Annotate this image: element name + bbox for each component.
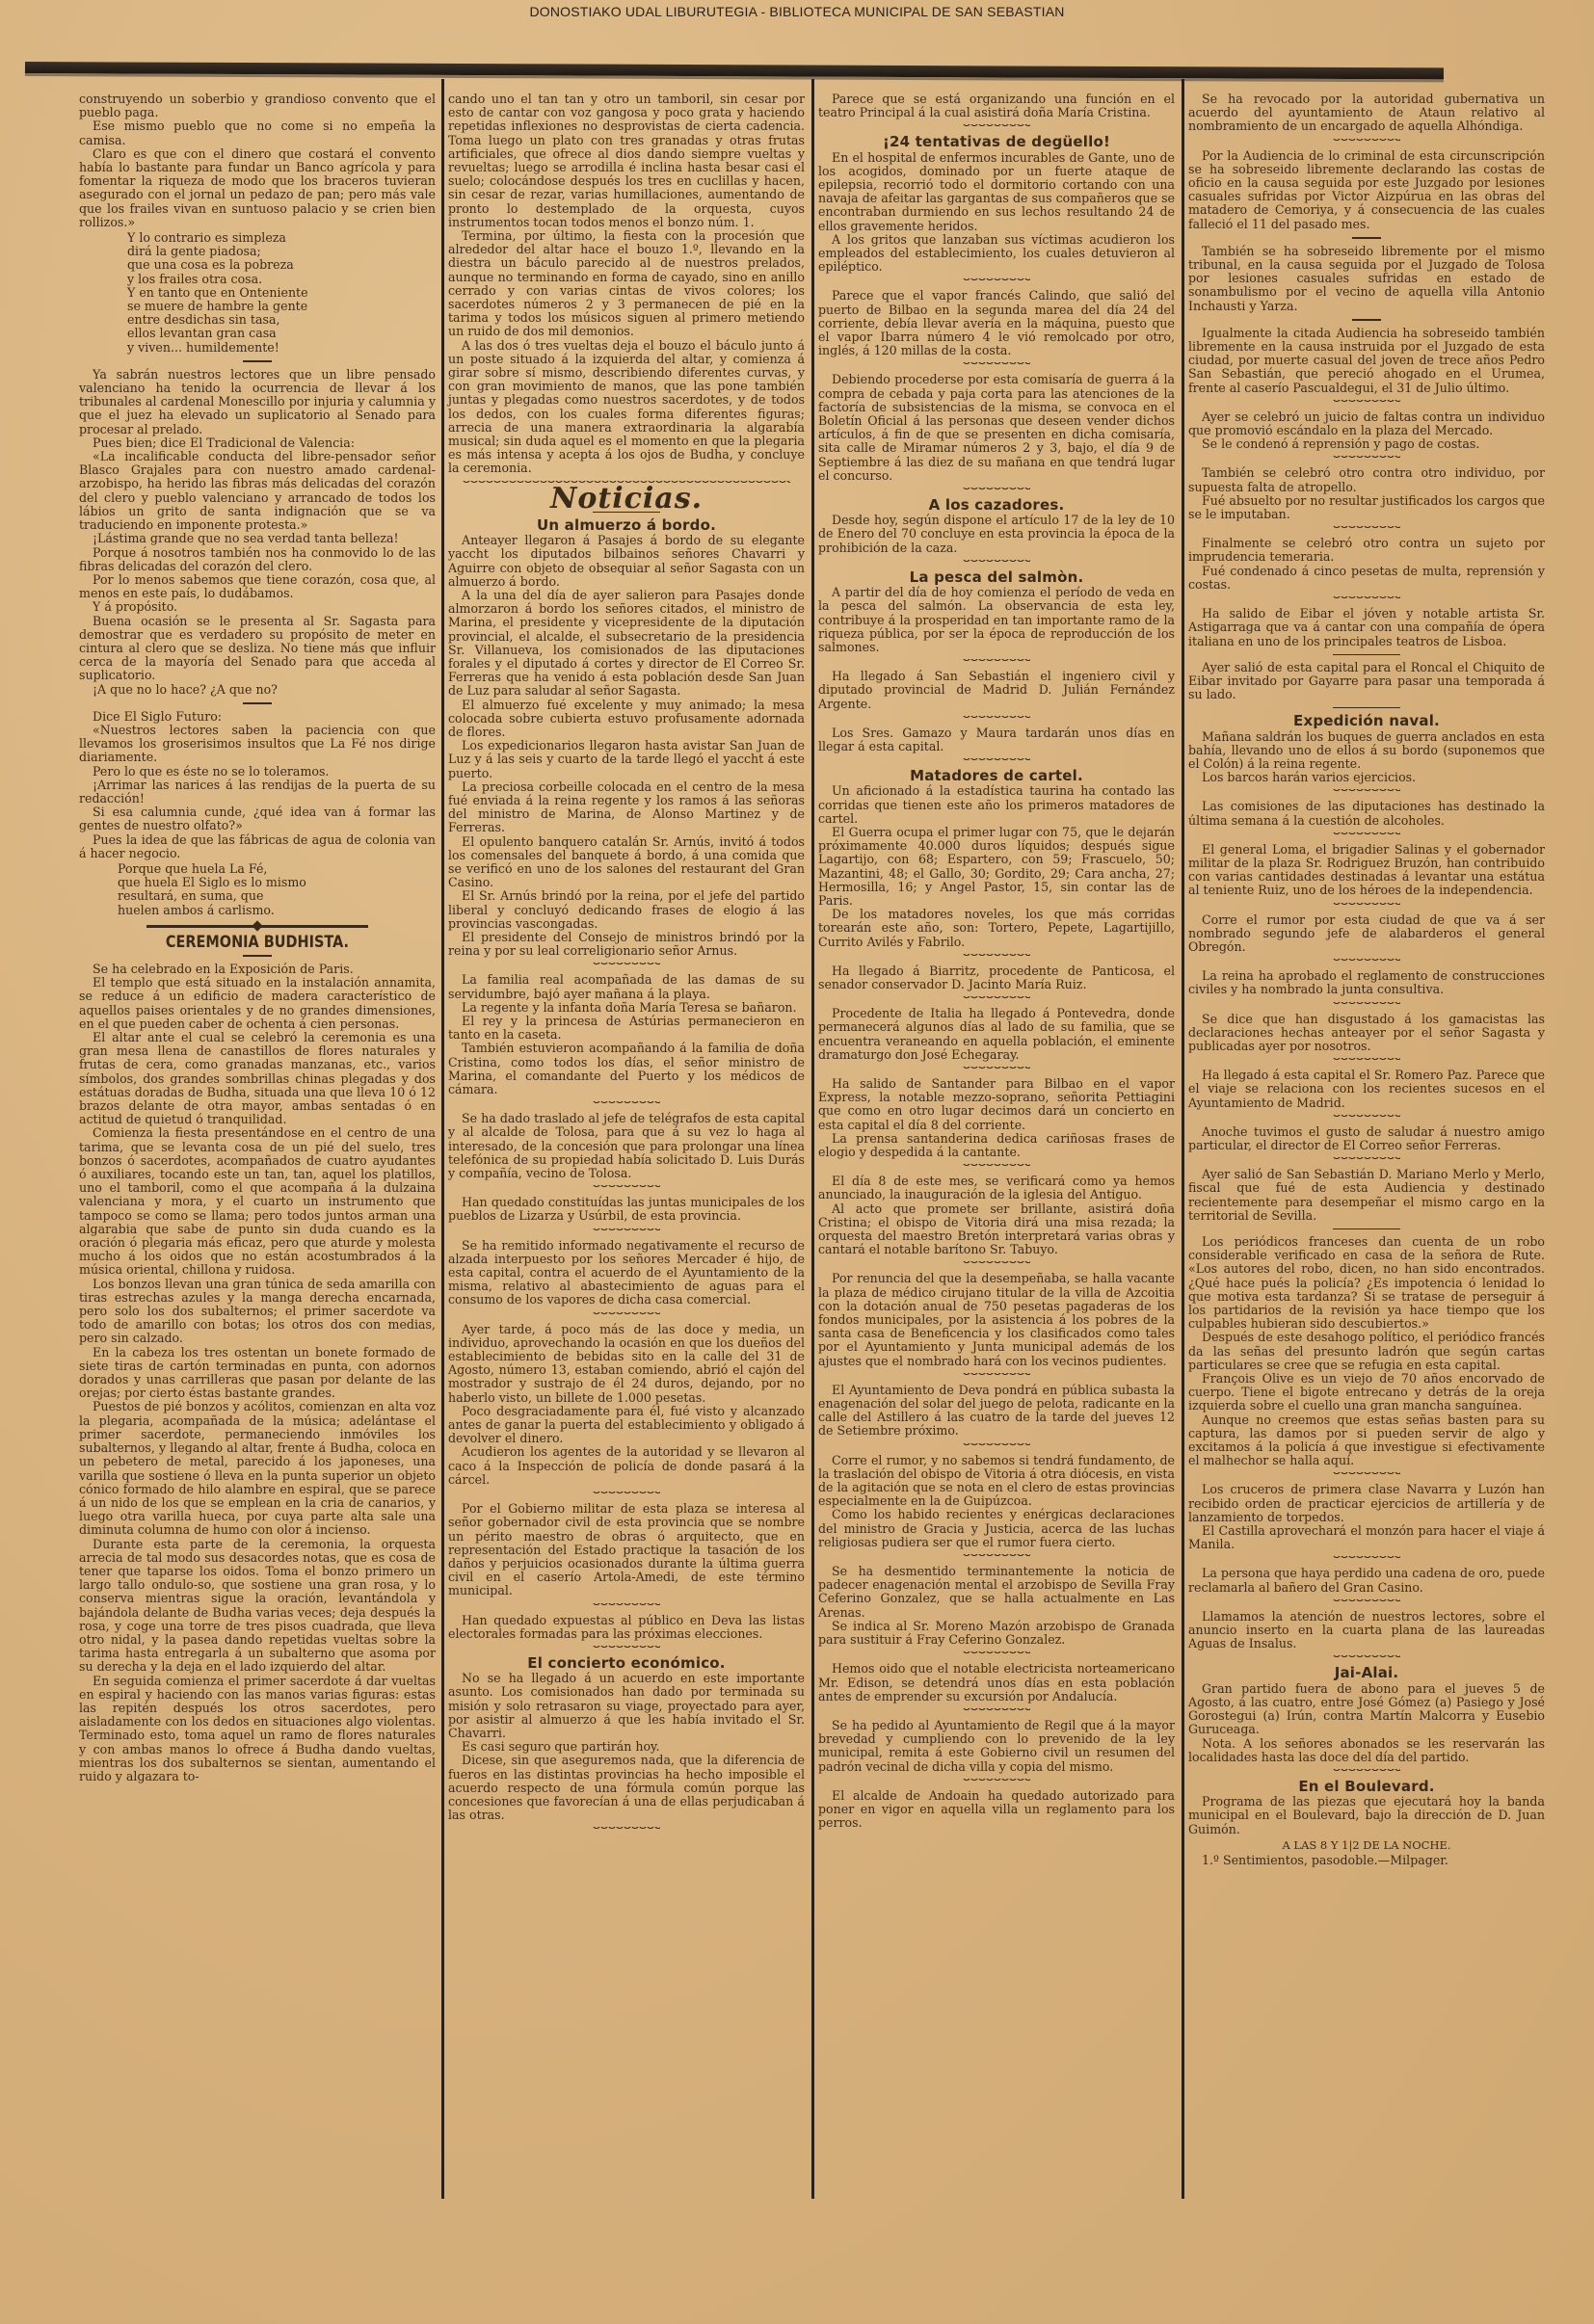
paragraph: Llamamos la atención de nuestros lectore… [1188, 1610, 1545, 1651]
paragraph: El día 8 de este mes, se verificará como… [818, 1175, 1175, 1202]
paragraph: La preciosa corbeille colocada en el cen… [448, 780, 805, 835]
verse-line: Y lo contrario es simpleza [127, 231, 436, 245]
paragraph: Ayer salió de San Sebastián D. Mariano M… [1188, 1168, 1545, 1223]
program-time: A LAS 8 Y 1|2 DE LA NOCHE. [1188, 1838, 1545, 1852]
paragraph: El general Loma, el brigadier Salinas y … [1188, 843, 1545, 898]
paragraph: También se ha sobreseido libremente por … [1188, 245, 1545, 313]
paragraph: El altar ante el cual se celebró la cere… [79, 1031, 436, 1126]
paragraph: Aunque no creemos que estas señas basten… [1188, 1413, 1545, 1468]
paragraph: ¡Lástima grande que no sea verdad tanta … [79, 532, 436, 545]
paragraph: Termina, por último, la fiesta con la pr… [448, 229, 805, 339]
article-heading: Jai-Alai. [1188, 1666, 1545, 1679]
wavy-rule [1333, 1002, 1400, 1008]
paragraph: El Guerra ocupa el primer lugar con 75, … [818, 826, 1175, 908]
wavy-rule [1333, 526, 1400, 532]
column-rule [441, 79, 444, 2199]
paragraph: Ayer salió de esta capital para el Ronca… [1188, 661, 1545, 702]
paragraph: Después de este desahogo político, el pe… [1188, 1331, 1545, 1372]
paragraph: Corre el rumor, y no sabemos si tendrá f… [818, 1454, 1175, 1509]
wavy-rule [963, 1067, 1030, 1072]
paragraph: A la una del día de ayer salieron para P… [448, 589, 805, 699]
paragraph: Pero lo que es éste no se lo toleramos. [79, 765, 436, 779]
paragraph: Se ha celebrado en la Exposición de Pari… [79, 963, 436, 976]
paragraph: En el hospital de enfermos incurables de… [818, 151, 1175, 233]
paragraph: Los periódicos franceses dan cuenta de u… [1188, 1235, 1545, 1331]
column-1: construyendo un soberbio y grandioso con… [79, 92, 436, 2270]
paragraph: Por renuncia del que la desempeñaba, se … [818, 1272, 1175, 1367]
paragraph: Ese mismo pueblo que no come si no empeñ… [79, 119, 436, 146]
paragraph: Comienza la fiesta presentándose en el c… [79, 1126, 436, 1277]
paragraph: El Sr. Arnús brindó por la reina, por el… [448, 889, 805, 931]
paragraph: Se ha remitido informado negativamente e… [448, 1239, 805, 1307]
paragraph: Se ha dado traslado al jefe de telégrafo… [448, 1112, 805, 1180]
separator [243, 702, 272, 704]
paragraph: En la cabeza los tres ostentan un bonete… [79, 1346, 436, 1401]
paragraph: «La incalificable conducta del libre-pen… [79, 450, 436, 532]
paragraph: Pues la idea de que las fábricas de agua… [79, 833, 436, 860]
wavy-rule [1333, 959, 1400, 964]
article-heading: Matadores de cartel. [818, 769, 1175, 782]
article-heading: En el Boulevard. [1188, 1780, 1545, 1793]
paragraph: Parece que el vapor francés Calindo, que… [818, 289, 1175, 357]
column-rule [811, 79, 814, 2199]
paragraph: Si esa calumnia cunde, ¿qué idea van á f… [79, 805, 436, 832]
verse: Porque que huela La Fé, que huela El Sig… [118, 862, 436, 917]
paragraph: Anoche tuvimos el gusto de saludar á nue… [1188, 1125, 1545, 1152]
paragraph: Las comisiones de las diputaciones has d… [1188, 800, 1545, 827]
verse-line: ellos levantan gran casa [127, 327, 436, 340]
paragraph: La persona que haya perdido una cadena d… [1188, 1567, 1545, 1594]
article-heading: Expedición naval. [1188, 714, 1545, 727]
wavy-rule [1333, 1157, 1400, 1163]
verse-line: Y en tanto que en Onteniente [127, 286, 436, 300]
verse: Y lo contrario es simpleza dirá la gente… [127, 231, 436, 355]
paragraph: Ha salido de Santander para Bilbao en el… [818, 1077, 1175, 1132]
article-heading: El concierto económico. [448, 1656, 805, 1670]
article-heading: La pesca del salmòn. [818, 570, 1175, 584]
wavy-rule [593, 1185, 660, 1191]
paragraph: Y á propósito. [79, 600, 436, 614]
paragraph: De los matadores noveles, los que más co… [818, 908, 1175, 949]
article-heading: A los cazadores. [818, 498, 1175, 512]
wavy-rule [1333, 400, 1400, 406]
paragraph: Dice El Siglo Futuro: [79, 710, 436, 724]
paragraph: Por el Gobierno militar de esta plaza se… [448, 1502, 805, 1598]
paragraph: La familia real acompañada de las damas … [448, 973, 805, 1000]
paragraph: Claro es que con el dinero que costará e… [79, 147, 436, 229]
paragraph: El alcalde de Andoain ha quedado autoriz… [818, 1789, 1175, 1831]
paragraph: Finalmente se celebró otro contra un suj… [1188, 537, 1545, 564]
wavy-rule [963, 716, 1030, 722]
wavy-rule [963, 1651, 1030, 1657]
paragraph: Se ha revocado por la autoridad gubernat… [1188, 92, 1545, 134]
wavy-rule [963, 659, 1030, 665]
wavy-rule [963, 1261, 1030, 1267]
separator [1352, 319, 1381, 321]
paragraph: No se ha llegado á un acuerdo en este im… [448, 1672, 805, 1740]
paragraph: También se celebró otro contra otro indi… [1188, 466, 1545, 493]
paragraph: Dicese, sin que aseguremos nada, que la … [448, 1754, 805, 1822]
paragraph: cando uno el tan tan y otro un tamboril,… [448, 92, 805, 229]
paragraph: Los bonzos llevan una gran túnica de sed… [79, 1278, 436, 1346]
paragraph: Fué condenado á cinco pesetas de multa, … [1188, 565, 1545, 592]
wavy-rule [1333, 596, 1400, 602]
wavy-rule [963, 362, 1030, 368]
wavy-rule [963, 278, 1030, 284]
separator [1352, 237, 1381, 239]
paragraph: Han quedado expuestas al público en Deva… [448, 1614, 805, 1641]
paragraph: Los Sres. Gamazo y Maura tardarán unos d… [818, 726, 1175, 753]
newspaper-columns: construyendo un soberbio y grandioso con… [79, 92, 1546, 2270]
paragraph: Programa de las piezas que ejecutará hoy… [1188, 1795, 1545, 1836]
paragraph: Debiendo procederse por esta comisaría d… [818, 373, 1175, 483]
verse-line: se muere de hambre la gente [127, 300, 436, 313]
paragraph: El presidente del Consejo de ministros b… [448, 931, 805, 958]
paragraph: En seguida comienza el primer sacerdote … [79, 1675, 436, 1784]
paragraph: Acudieron los agentes de la autoridad y … [448, 1445, 805, 1487]
paragraph: Como los habido recientes y enérgicas de… [818, 1508, 1175, 1549]
wavy-rule [1333, 1115, 1400, 1121]
wavy-rule [963, 954, 1030, 960]
paragraph: Se indica al Sr. Moreno Mazón arzobispo … [818, 1620, 1175, 1647]
paragraph: Ha llegado á San Sebastián el ingeniero … [818, 670, 1175, 711]
wavy-rule [963, 1779, 1030, 1784]
paragraph: Por lo menos sabemos que tiene corazón, … [79, 573, 436, 600]
verse-line: Porque que huela La Fé, [118, 862, 436, 876]
verse-line: que huela El Siglo es lo mismo [118, 876, 436, 889]
wavy-rule [963, 124, 1030, 130]
wavy-rule [1333, 832, 1400, 838]
wavy-rule [963, 488, 1030, 493]
paragraph: Ha llegado á esta capital el Sr. Romero … [1188, 1069, 1545, 1110]
wavy-rule [1333, 139, 1400, 145]
wavy-rule [593, 1312, 660, 1318]
paragraph: «Nuestros lectores saben la paciencia co… [79, 724, 436, 765]
paragraph: La regente y la infanta doña María Teres… [448, 1001, 805, 1015]
section-title: Noticias. [448, 492, 805, 506]
paragraph: El Ayuntamiento de Deva pondrá en públic… [818, 1384, 1175, 1439]
paragraph: Parece que se está organizando una funci… [818, 92, 1175, 119]
paragraph: Ayer se celebró un juicio de faltas cont… [1188, 410, 1545, 437]
paragraph: El almuerzo fué excelente y muy animado;… [448, 699, 805, 740]
paragraph: A las dos ó tres vueltas deja el bouzo e… [448, 339, 805, 476]
column-rule [1182, 79, 1184, 2199]
wavy-rule [963, 1373, 1030, 1379]
paragraph: Los cruceros de primera clase Navarra y … [1188, 1483, 1545, 1524]
paragraph: Un aficionado á la estadística taurina h… [818, 784, 1175, 826]
paragraph: Igualmente la citada Audiencia ha sobres… [1188, 327, 1545, 395]
paragraph: A partir del día de hoy comienza el perí… [818, 586, 1175, 654]
paragraph: Se ha pedido al Ayuntamiento de Regil qu… [818, 1719, 1175, 1774]
separator [1333, 1228, 1400, 1229]
verse-line: que una cosa es la pobreza [127, 258, 436, 272]
paragraph: Se dice que han disgustado á los gamacis… [1188, 1013, 1545, 1054]
paragraph: Fué absuelto por no resultar justificado… [1188, 494, 1545, 521]
wavy-rule [1333, 1655, 1400, 1661]
wavy-rule [1333, 1599, 1400, 1605]
wavy-rule [593, 1827, 660, 1833]
paragraph: ¡A que no lo hace? ¿A que no? [79, 683, 436, 697]
paragraph: El Castilla aprovechará el monzón para h… [1188, 1524, 1545, 1551]
paragraph: Gran partido fuera de abono para el juev… [1188, 1682, 1545, 1737]
separator [243, 955, 272, 957]
paragraph: El templo que está situado en la instala… [79, 976, 436, 1031]
paragraph: Al acto que promete ser brillante, asist… [818, 1202, 1175, 1257]
wavy-rule [963, 996, 1030, 1002]
paragraph: Puestos de pié bonzos y acólitos, comien… [79, 1400, 436, 1537]
verse-line: y los frailes otra cosa. [127, 273, 436, 286]
wavy-rule [963, 1708, 1030, 1714]
paragraph: Ya sabrán nuestros lectores que un libre… [79, 368, 436, 436]
wavy-rule [1333, 1769, 1400, 1775]
wavy-rule [963, 1443, 1030, 1449]
wavy-rule [1333, 903, 1400, 909]
paragraph: Por la Audiencia de lo criminal de esta … [1188, 149, 1545, 231]
paragraph: Ha salido de Eibar el jóven y notable ar… [1188, 607, 1545, 648]
paragraph: Durante esta parte de la ceremonia, la o… [79, 1538, 436, 1675]
wavy-rule [1333, 1472, 1400, 1478]
paragraph: La prensa santanderina dedica cariñosas … [818, 1132, 1175, 1159]
column-4: Se ha revocado por la autoridad gubernat… [1188, 92, 1545, 2270]
program-item: 1.º Sentimientos, pasodoble.—Milpager. [1188, 1854, 1545, 1867]
column-3: Parece que se está organizando una funci… [818, 92, 1175, 2270]
paragraph: Hemos oido que el notable electricista n… [818, 1662, 1175, 1703]
paragraph: También estuvieron acompañando á la fami… [448, 1042, 805, 1096]
wavy-rule [963, 1164, 1030, 1170]
paragraph: construyendo un soberbio y grandioso con… [79, 92, 436, 119]
verse-line: resultará, en suma, que [118, 889, 436, 903]
paragraph: Es casi seguro que partirán hoy. [448, 1740, 805, 1754]
wavy-rule [593, 1492, 660, 1497]
paragraph: Anteayer llegaron á Pasajes á bordo de s… [448, 534, 805, 589]
paragraph: Mañana saldrán los buques de guerra ancl… [1188, 730, 1545, 772]
paragraph: Los expedicionarios llegaron hasta avist… [448, 739, 805, 780]
wavy-rule [593, 1228, 660, 1234]
paragraph: ¡Arrimar las narices á las rendijas de l… [79, 779, 436, 805]
wavy-rule [1333, 789, 1400, 795]
wavy-rule [1333, 456, 1400, 462]
paragraph: Buena ocasión se le presenta al Sr. Saga… [79, 615, 436, 683]
wavy-rule [593, 1603, 660, 1609]
paragraph: Ha llegado á Biarritz, procedente de Pan… [818, 964, 1175, 991]
paragraph: Los barcos harán varios ejercicios. [1188, 771, 1545, 784]
paragraph: Ayer tarde, á poco más de las doce y med… [448, 1323, 805, 1405]
separator [1333, 707, 1400, 708]
article-heading: ¡24 tentativas de degüello! [818, 135, 1175, 148]
column-2: cando uno el tan tan y otro un tamboril,… [448, 92, 805, 2270]
wavy-rule [1333, 1058, 1400, 1064]
paragraph: A los gritos que lanzaban sus víctimas a… [818, 233, 1175, 275]
verse-line: dirá la gente piadosa; [127, 245, 436, 258]
paragraph: Corre el rumor por esta ciudad de que va… [1188, 913, 1545, 955]
paragraph: El opulento banquero catalán Sr. Arnús, … [448, 835, 805, 890]
paragraph: Pues bien; dice El Tradicional de Valenc… [79, 436, 436, 450]
paragraph: Desde hoy, según dispone el artículo 17 … [818, 514, 1175, 555]
wavy-rule [593, 1646, 660, 1651]
archive-header: DONOSTIAKO UDAL LIBURUTEGIA - BIBLIOTECA… [0, 4, 1594, 19]
masthead-rule [25, 62, 1444, 82]
paragraph: El rey y la princesa de Astúrias permane… [448, 1015, 805, 1042]
verse-line: huelen ambos á carlismo. [118, 904, 436, 917]
paragraph: Nota. A los señores abonados se les rese… [1188, 1737, 1545, 1764]
paragraph: Se le condenó á reprensión y pago de cos… [1188, 437, 1545, 451]
paragraph: Porque á nosotros también nos ha conmovi… [79, 546, 436, 573]
verse-line: entre desdichas sin tasa, [127, 313, 436, 327]
article-heading: CEREMONIA BUDHISTA. [106, 936, 410, 949]
verse-line: y viven... humildemente! [127, 341, 436, 355]
wavy-rule [963, 758, 1030, 764]
paragraph: Se ha desmentido terminantemente la noti… [818, 1565, 1175, 1620]
wavy-rule [593, 963, 660, 968]
separator [243, 360, 272, 362]
paragraph: François Olive es un viejo de 70 años en… [1188, 1372, 1545, 1413]
separator [1333, 654, 1400, 655]
wavy-rule [963, 1554, 1030, 1560]
wavy-rule [1333, 1556, 1400, 1562]
article-heading: Un almuerzo á bordo. [448, 518, 805, 532]
wavy-rule [593, 1101, 660, 1107]
ornamental-rule [146, 925, 368, 928]
paragraph: Procedente de Italia ha llegado á Pontev… [818, 1007, 1175, 1062]
paragraph: Han quedado constituídas las juntas muni… [448, 1196, 805, 1223]
paragraph: Poco desgraciadamente para él, fué visto… [448, 1405, 805, 1446]
paragraph: La reina ha aprobado el reglamento de co… [1188, 969, 1545, 996]
wavy-rule [963, 560, 1030, 566]
